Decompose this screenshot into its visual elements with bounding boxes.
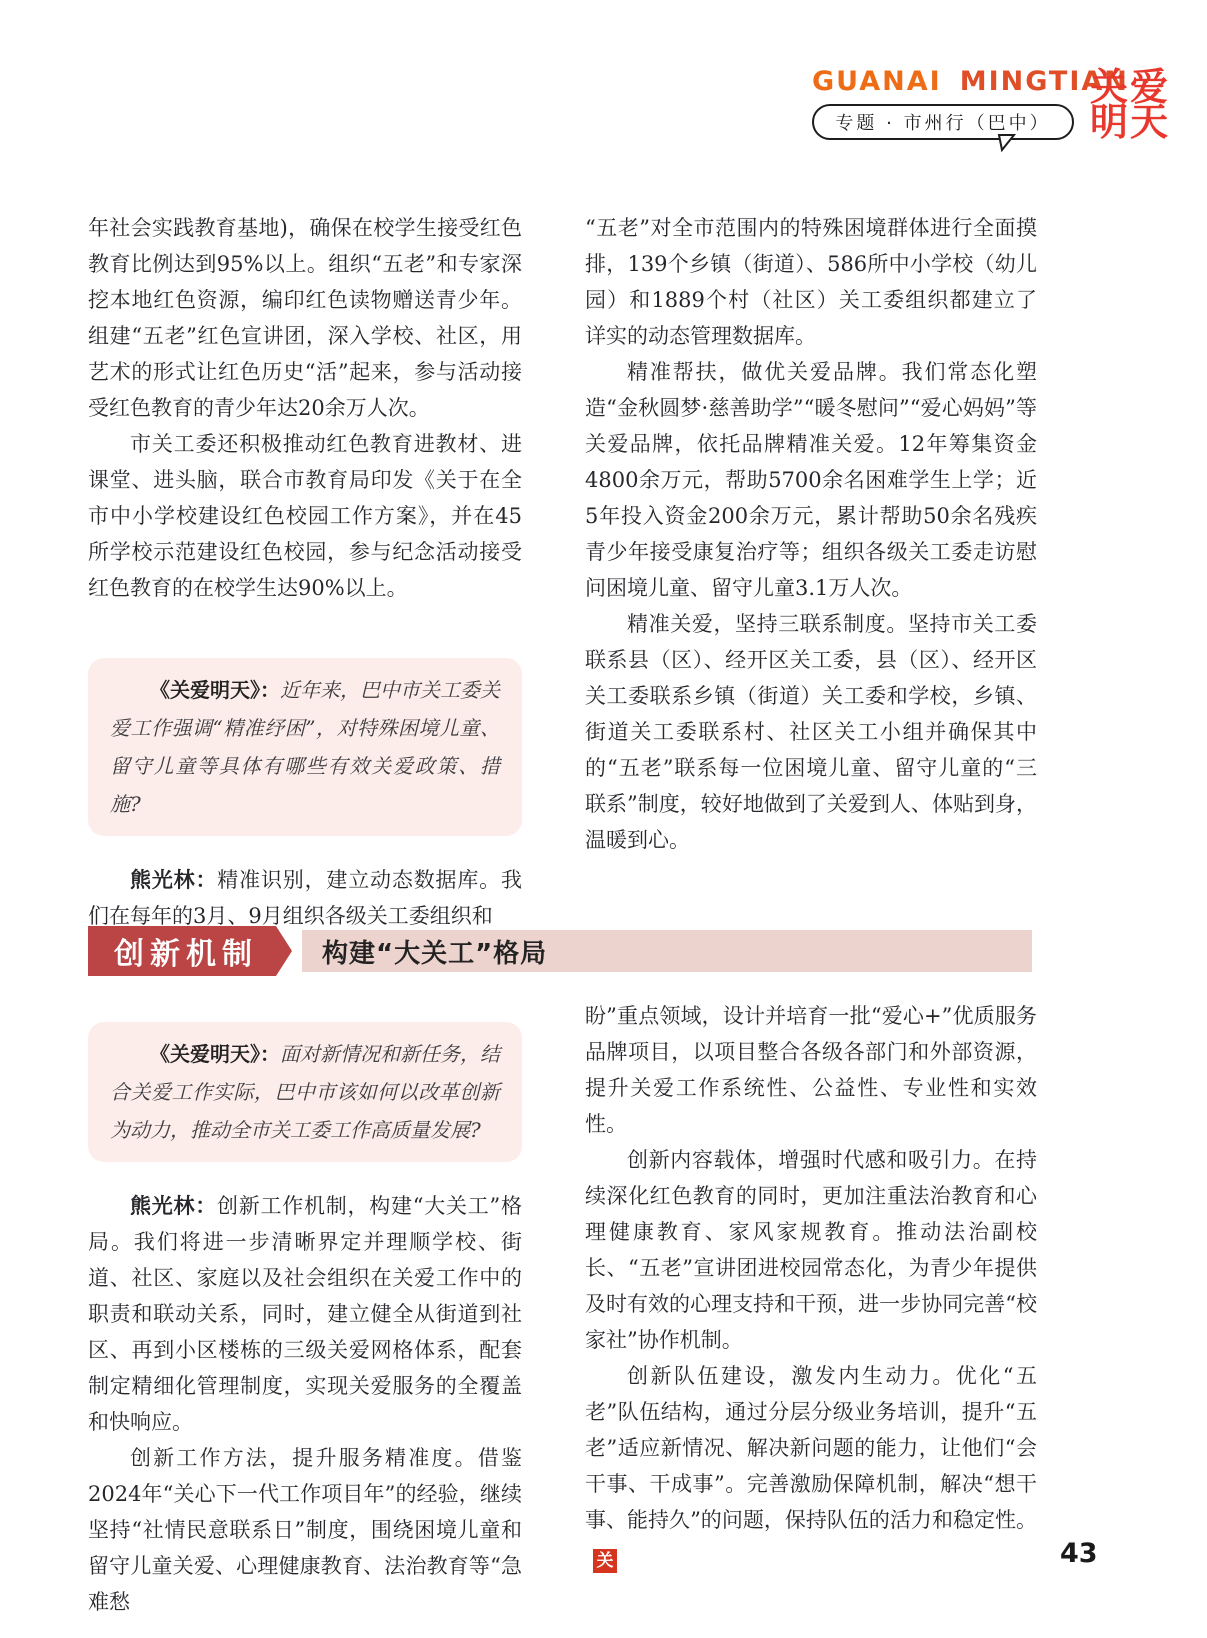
section1-left-column: 年社会实践教育基地)，确保在校学生接受红色教育比例达到95%以上。组织“五老”和… (88, 210, 522, 934)
logo-line-2: 明天 (1090, 105, 1200, 140)
page-header: GUANAI MINGTIAN 专题 · 市州行（巴中） (812, 66, 1092, 140)
question-box-2: 《关爱明天》：面对新情况和新任务，结合关爱工作实际，巴中市该如何以改革创新为动力… (88, 1022, 522, 1162)
section-banner-title: 构建“大关工”格局 (322, 933, 547, 970)
body-paragraph: 年社会实践教育基地)，确保在校学生接受红色教育比例达到95%以上。组织“五老”和… (88, 210, 522, 426)
body-paragraph: 创新队伍建设，激发内生动力。优化“五老”队伍结构，通过分层分级业务培训，提升“五… (585, 1358, 1037, 1574)
body-paragraph: “五老”对全市范围内的特殊困境群体进行全面摸排，139个乡镇（街道）、586所中… (585, 210, 1037, 354)
body-paragraph: 精准关爱，坚持三联系制度。坚持市关工委联系县（区）、经开区关工委，县（区）、经开… (585, 606, 1037, 858)
body-paragraph: 盼”重点领域，设计并培育一批“爱心+”优质服务品牌项目，以项目整合各级各部门和外… (585, 998, 1037, 1142)
article-end-mark: 关 (593, 1549, 617, 1573)
guanai-mingtian-logo: 关爱 明天 (1090, 70, 1200, 140)
section-banner: 创新机制 构建“大关工”格局 (88, 926, 1032, 976)
answer-text: 创新工作机制，构建“大关工”格局。我们将进一步清晰界定并理顺学校、街道、社区、家… (88, 1194, 522, 1434)
section2-right-column: 盼”重点领域，设计并培育一批“爱心+”优质服务品牌项目，以项目整合各级各部门和外… (585, 998, 1037, 1574)
page-number: 43 (1060, 1538, 1098, 1569)
body-paragraph: 创新工作方法，提升服务精准度。借鉴2024年“关心下一代工作项目年”的经验，继续… (88, 1440, 522, 1620)
section-banner-bar: 构建“大关工”格局 (302, 930, 1032, 972)
body-text: 创新队伍建设，激发内生动力。优化“五老”队伍结构，通过分层分级业务培训，提升“五… (585, 1364, 1037, 1532)
body-paragraph: 市关工委还积极推动红色教育进教材、进课堂、进头脑，联合市教育局印发《关于在全市中… (88, 426, 522, 606)
masthead-guanai: GUANAI (812, 66, 942, 97)
speaker-name: 熊光林： (130, 868, 217, 892)
section-banner-tag: 创新机制 (88, 926, 292, 976)
body-paragraph: 精准帮扶，做优关爱品牌。我们常态化塑造“金秋圆梦·慈善助学”“暖冬慰问”“爱心妈… (585, 354, 1037, 606)
question-box-1: 《关爱明天》：近年来，巴中市关工委关爱工作强调“精准纾困”，对特殊困境儿童、留守… (88, 658, 522, 836)
section1-right-column: “五老”对全市范围内的特殊困境群体进行全面摸排，139个乡镇（街道）、586所中… (585, 210, 1037, 858)
question-label: 《关爱明天》： (150, 678, 280, 702)
topic-bubble: 专题 · 市州行（巴中） (812, 104, 1074, 140)
masthead: GUANAI MINGTIAN (812, 66, 1092, 97)
magazine-page: GUANAI MINGTIAN 专题 · 市州行（巴中） 关爱 明天 年社会实践… (0, 0, 1207, 1638)
answer-paragraph: 熊光林：精准识别，建立动态数据库。我们在每年的3月、9月组织各级关工委组织和 (88, 862, 522, 934)
section2-left-column: 《关爱明天》：面对新情况和新任务，结合关爱工作实际，巴中市该如何以改革创新为动力… (88, 1008, 522, 1620)
topic-bubble-label: 专题 · 市州行（巴中） (835, 109, 1050, 135)
question-label: 《关爱明天》： (150, 1042, 280, 1066)
bubble-tail-icon (996, 134, 1020, 152)
body-paragraph: 创新内容载体，增强时代感和吸引力。在持续深化红色教育的同时，更加注重法治教育和心… (585, 1142, 1037, 1358)
answer-paragraph: 熊光林：创新工作机制，构建“大关工”格局。我们将进一步清晰界定并理顺学校、街道、… (88, 1188, 522, 1440)
speaker-name: 熊光林： (130, 1194, 217, 1218)
